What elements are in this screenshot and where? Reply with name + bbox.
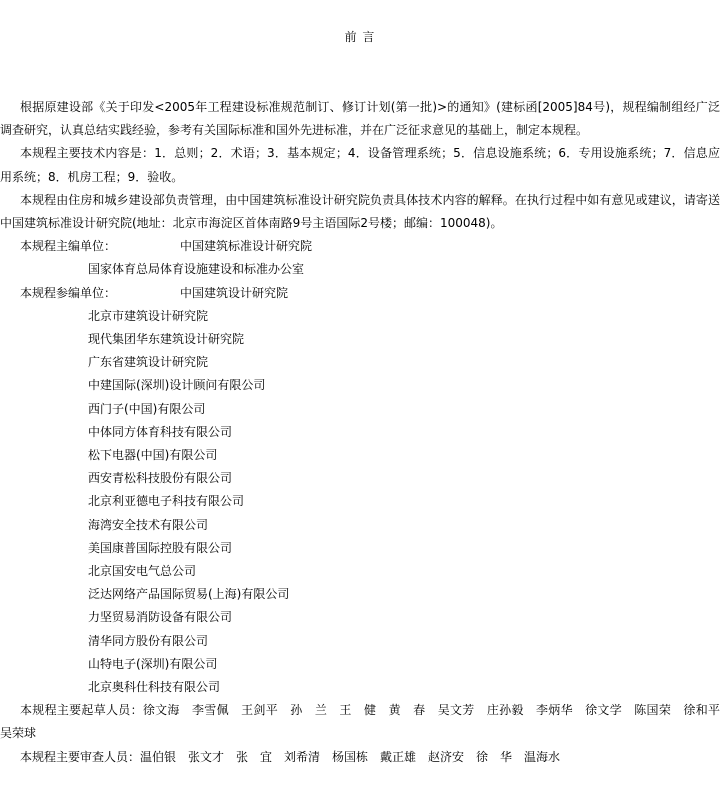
participating-unit: 现代集团华东建筑设计研究院	[0, 328, 720, 351]
drafters-line: 本规程主要起草人员：徐文海 李雪佩 王剑平 孙 兰 王 健 黄 春 吴文芳 庄孙…	[0, 699, 720, 745]
participating-unit: 美国康普国际控股有限公司	[0, 537, 720, 560]
reviewers-line: 本规程主要审查人员：温伯银 张文才 张 宜 刘希清 杨国栋 戴正雄 赵济安 徐 …	[0, 746, 720, 769]
paragraph-basis: 根据原建设部《关于印发<2005年工程建设标准规范制订、修订计划(第一批)>的通…	[0, 96, 720, 142]
participants-label: 本规程参编单位：	[20, 282, 180, 305]
participating-unit: 广东省建筑设计研究院	[0, 351, 720, 374]
participating-unit: 西安青松科技股份有限公司	[0, 467, 720, 490]
paragraph-management: 本规程由住房和城乡建设部负责管理，由中国建筑标准设计研究院负责具体技术内容的解释…	[0, 189, 720, 235]
participating-unit: 泛达网络产品国际贸易(上海)有限公司	[0, 583, 720, 606]
participating-unit: 力坚贸易消防设备有限公司	[0, 606, 720, 629]
chief-editor-unit: 国家体育总局体育设施建设和标准办公室	[0, 258, 720, 281]
participating-unit: 松下电器(中国)有限公司	[0, 444, 720, 467]
chief-editor-row: 本规程主编单位：中国建筑标准设计研究院	[0, 235, 720, 258]
participants-row: 本规程参编单位：中国建筑设计研究院	[0, 282, 720, 305]
chief-editor-unit: 中国建筑标准设计研究院	[180, 239, 312, 253]
participating-unit: 北京利亚德电子科技有限公司	[0, 490, 720, 513]
participating-unit: 中体同方体育科技有限公司	[0, 421, 720, 444]
participating-unit: 清华同方股份有限公司	[0, 630, 720, 653]
participating-unit: 山特电子(深圳)有限公司	[0, 653, 720, 676]
participating-unit: 海湾安全技术有限公司	[0, 514, 720, 537]
chief-editor-label: 本规程主编单位：	[20, 235, 180, 258]
participating-unit-list: 北京市建筑设计研究院现代集团华东建筑设计研究院广东省建筑设计研究院中建国际(深圳…	[0, 305, 720, 699]
paragraph-contents: 本规程主要技术内容是：1．总则；2．术语；3．基本规定；4．设备管理系统；5．信…	[0, 142, 720, 188]
participating-unit: 北京奥科仕科技有限公司	[0, 676, 720, 699]
participating-unit: 中国建筑设计研究院	[180, 286, 288, 300]
page-title: 前 言	[0, 30, 720, 44]
participating-unit: 西门子(中国)有限公司	[0, 398, 720, 421]
participating-unit: 中建国际(深圳)设计顾问有限公司	[0, 374, 720, 397]
document-page: 前 言 根据原建设部《关于印发<2005年工程建设标准规范制订、修订计划(第一批…	[0, 0, 720, 807]
participating-unit: 北京国安电气总公司	[0, 560, 720, 583]
participating-unit: 北京市建筑设计研究院	[0, 305, 720, 328]
